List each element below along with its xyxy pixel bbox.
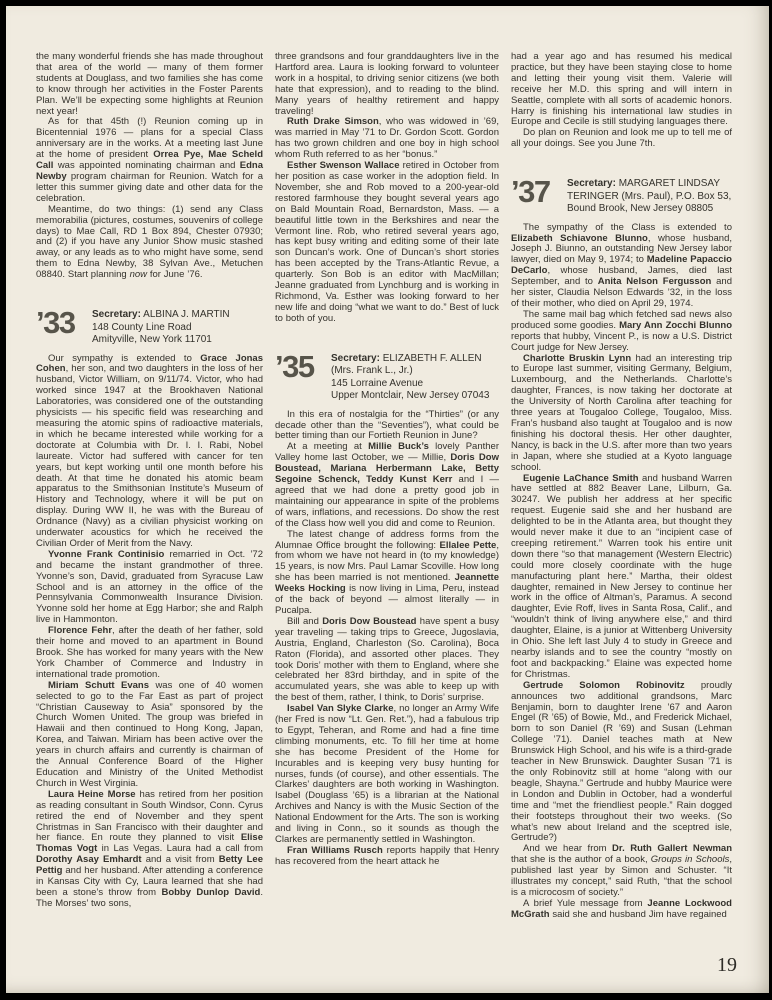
body-text: for June ’76. <box>147 269 203 280</box>
scanned-magazine-page: { "page_number": "19", "colors": { "page… <box>0 0 772 1000</box>
body-text: the many wonderful friends she has made … <box>36 51 263 117</box>
paragraph: A brief Yule message from Jeanne Lockwoo… <box>511 899 732 921</box>
body-text: , her son, and two daughters in the loss… <box>36 363 263 549</box>
body-text: in Las Vegas. Laura had a call from <box>97 843 263 854</box>
class-section-header: ’37Secretary: MARGARET LINDSAYTERINGER (… <box>511 178 732 216</box>
body-text: Amityville, New York 11701 <box>92 334 212 345</box>
bold-name-text: Charlotte Bruskin Lynn <box>523 353 631 364</box>
body-text: The sympathy of the Class is extended to <box>523 222 732 233</box>
bold-name-text: Mary Ann Zocchi Blunno <box>619 320 732 331</box>
body-text: had an interesting trip to Europe last s… <box>511 353 732 473</box>
bold-name-text: Elizabeth Schiavone Blunno <box>511 233 648 244</box>
body-text: program chairman for Reunion. Watch for … <box>36 171 263 204</box>
body-text: 148 County Line Road <box>92 322 192 333</box>
body-text: Upper Montclair, New Jersey 07043 <box>331 390 489 401</box>
paragraph: Gertrude Solomon Robinovitz proudly anno… <box>511 681 732 845</box>
body-text: was appointed nominating chairman and <box>53 160 239 171</box>
body-text: remarried in Oct. ’72 and became the ins… <box>36 549 263 625</box>
column-2: three grandsons and four granddaughters … <box>275 52 499 921</box>
class-year-numeral: ’37 <box>511 178 567 216</box>
paragraph: At a meeting at Millie Buck’s lovely Pan… <box>275 442 499 529</box>
bold-name-text: Florence Fehr <box>48 625 112 636</box>
secretary-line: Bound Brook, New Jersey 08805 <box>567 203 731 216</box>
paragraph: Meantime, do two things: (1) send any Cl… <box>36 205 263 281</box>
bold-name-text: Dorothy Asay Emhardt <box>36 854 142 865</box>
paragraph: Bill and Doris Dow Boustead have spent a… <box>275 617 499 704</box>
paragraph: three grandsons and four granddaughters … <box>275 52 499 117</box>
body-text: was one of 40 women selected to go to th… <box>36 680 263 789</box>
secretary-line: Amityville, New York 11701 <box>92 334 230 347</box>
secretary-block: Secretary: MARGARET LINDSAYTERINGER (Mrs… <box>567 178 731 216</box>
body-text: Groups in Schools <box>651 854 730 865</box>
paragraph: The latest change of address forms from … <box>275 530 499 617</box>
bold-name-text: Yvonne Frank Continisio <box>48 549 164 560</box>
secretary-line: Upper Montclair, New Jersey 07043 <box>331 390 489 403</box>
paragraph: And we hear from Dr. Ruth Gallert Newman… <box>511 844 732 899</box>
body-text: three grandsons and four granddaughters … <box>275 51 499 117</box>
secretary-line: 148 County Line Road <box>92 322 230 335</box>
secretary-line: Secretary: ELIZABETH F. ALLEN <box>331 353 489 366</box>
paragraph: Esther Swenson Wallace retired in Octobe… <box>275 161 499 325</box>
paragraph: Our sympathy is extended to Grace Jonas … <box>36 354 263 550</box>
bold-name-text: Secretary: <box>567 178 616 189</box>
body-text: Our sympathy is extended to <box>48 353 200 364</box>
body-text: now <box>130 269 147 280</box>
text-columns: the many wonderful friends she has made … <box>36 52 732 921</box>
bold-name-text: Anita Nelson Fergusson <box>598 276 712 287</box>
body-text: At a meeting at <box>287 441 368 452</box>
secretary-line: Secretary: ALBINA J. MARTIN <box>92 309 230 322</box>
paragraph: Yvonne Frank Continisio remarried in Oct… <box>36 550 263 626</box>
body-text: , no longer an Army Wife (her Fred is no… <box>275 703 499 845</box>
paragraph: Ruth Drake Simson, who was widowed in ’6… <box>275 117 499 161</box>
bold-name-text: Ruth Drake Simson <box>287 116 379 127</box>
bold-name-text: Fran Williams Rusch <box>287 845 383 856</box>
body-text: said she and husband Jim have regained <box>550 909 727 920</box>
class-section-header: ’33Secretary: ALBINA J. MARTIN148 County… <box>36 309 263 347</box>
secretary-line: Secretary: MARGARET LINDSAY <box>567 178 731 191</box>
body-text: and husband Warren have settled at 882 B… <box>511 473 732 680</box>
body-text: retired in October from her position as … <box>275 160 499 324</box>
body-text: 145 Lorraine Avenue <box>331 378 423 389</box>
body-text: had a year ago and has resumed his medic… <box>511 51 732 127</box>
paragraph: Charlotte Bruskin Lynn had an interestin… <box>511 354 732 474</box>
paragraph: As for that 45th (!) Reunion coming up i… <box>36 117 263 204</box>
secretary-line: TERINGER (Mrs. Paul), P.O. Box 53, <box>567 191 731 204</box>
body-text: and a visit from <box>142 854 219 865</box>
body-text: ELIZABETH F. ALLEN <box>380 353 482 364</box>
paragraph: the many wonderful friends she has made … <box>36 52 263 117</box>
paragraph: Isabel Van Slyke Clarke, no longer an Ar… <box>275 704 499 846</box>
body-text: proudly announces two additional grandso… <box>511 680 732 844</box>
body-text: MARGARET LINDSAY <box>616 178 720 189</box>
bold-name-text: Doris Dow Boustead <box>322 616 416 627</box>
bold-name-text: Ellalee Pette <box>440 540 497 551</box>
bold-name-text: Secretary: <box>331 353 380 364</box>
body-text: ALBINA J. MARTIN <box>141 309 230 320</box>
body-text: And we hear from <box>523 843 612 854</box>
paragraph: Laura Heine Morse has retired from her p… <box>36 790 263 910</box>
bold-name-text: Secretary: <box>92 309 141 320</box>
bold-name-text: Miriam Schutt Evans <box>48 680 149 691</box>
bold-name-text: Millie Buck’s <box>368 441 429 452</box>
paragraph: The sympathy of the Class is extended to… <box>511 223 732 310</box>
bold-name-text: Laura Heine Morse <box>48 789 136 800</box>
bold-name-text: Bobby Dunlop David <box>161 887 260 898</box>
column-1: the many wonderful friends she has made … <box>36 52 263 921</box>
secretary-line: (Mrs. Frank L., Jr.) <box>331 365 489 378</box>
class-year-numeral: ’33 <box>36 309 92 347</box>
body-text: TERINGER (Mrs. Paul), P.O. Box 53, <box>567 191 731 202</box>
body-text: In this era of nostalgia for the “Thirti… <box>275 409 499 442</box>
paragraph: Eugenie LaChance Smith and husband Warre… <box>511 474 732 681</box>
paragraph: Do plan on Reunion and look me up to tel… <box>511 128 732 150</box>
paragraph: In this era of nostalgia for the “Thirti… <box>275 410 499 443</box>
paragraph: Miriam Schutt Evans was one of 40 women … <box>36 681 263 790</box>
secretary-line: 145 Lorraine Avenue <box>331 378 489 391</box>
paragraph: had a year ago and has resumed his medic… <box>511 52 732 128</box>
class-year-numeral: ’35 <box>275 353 331 403</box>
paragraph: The same mail bag which fetched sad news… <box>511 310 732 354</box>
paragraph: Florence Fehr, after the death of her fa… <box>36 626 263 681</box>
column-3: had a year ago and has resumed his medic… <box>511 52 732 921</box>
body-text: A brief Yule message from <box>523 898 647 909</box>
bold-name-text: Dr. Ruth Gallert Newman <box>612 843 732 854</box>
body-text: Bill and <box>287 616 322 627</box>
bold-name-text: Gertrude Solomon Robinovitz <box>523 680 685 691</box>
magazine-page: the many wonderful friends she has made … <box>6 6 769 993</box>
body-text: that she is the author of a book, <box>511 854 651 865</box>
body-text: reports that hubby, Vincent P., is now a… <box>511 331 732 353</box>
body-text: Do plan on Reunion and look me up to tel… <box>511 127 732 149</box>
bold-name-text: Isabel Van Slyke Clarke <box>287 703 394 714</box>
body-text: (Mrs. Frank L., Jr.) <box>331 365 413 376</box>
secretary-block: Secretary: ELIZABETH F. ALLEN(Mrs. Frank… <box>331 353 489 403</box>
body-text: have spent a busy year traveling — takin… <box>275 616 499 703</box>
body-text: Bound Brook, New Jersey 08805 <box>567 203 713 214</box>
page-number: 19 <box>717 954 737 977</box>
bold-name-text: Eugenie LaChance Smith <box>523 473 639 484</box>
bold-name-text: Esther Swenson Wallace <box>287 160 399 171</box>
paragraph: Fran Williams Rusch reports happily that… <box>275 846 499 868</box>
secretary-block: Secretary: ALBINA J. MARTIN148 County Li… <box>92 309 230 347</box>
class-section-header: ’35Secretary: ELIZABETH F. ALLEN(Mrs. Fr… <box>275 353 499 403</box>
